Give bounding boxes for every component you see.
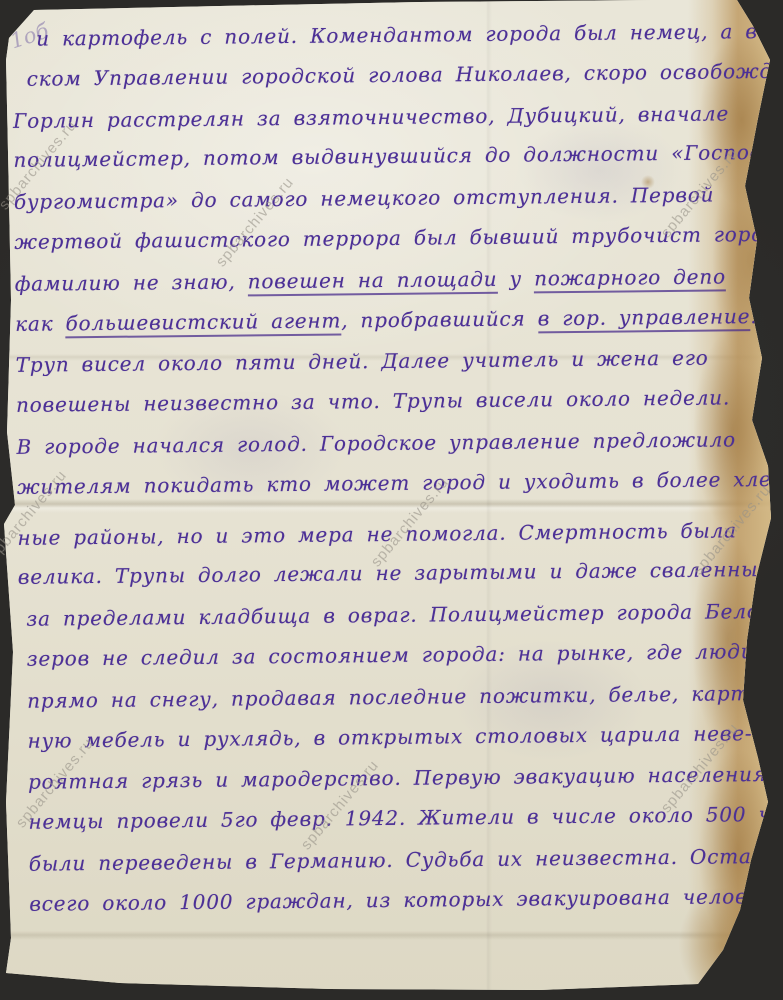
handwritten-line: прямо на снегу, продавая последние пожит… (7, 673, 783, 722)
text-segment: прямо на снегу, продавая последние пожит… (27, 680, 783, 713)
handwritten-line: В городе начался голод. Городское управл… (4, 419, 783, 468)
text-segment: всего около 1000 граждан, из которых эва… (29, 884, 773, 916)
text-segment: фамилию не знаю, (15, 269, 248, 295)
text-segment: В городе начался голод. Городское управл… (16, 427, 736, 459)
text-segment: Труп висел около пяти дней. Далее учител… (16, 346, 709, 377)
scanned-page: 1об и картофель с полей. Комендантом гор… (0, 0, 783, 1000)
handwritten-line: и картофель с полей. Комендантом города … (0, 11, 783, 60)
underlined-phrase: в гор. управление (538, 304, 751, 333)
handwritten-line: фамилию не знаю, повешен на площади у по… (3, 256, 783, 305)
text-segment: жертвой фашистского террора был бывший т… (14, 222, 783, 254)
handwritten-line: бургомистра» до самого немецкого отступл… (2, 174, 783, 223)
text-segment: немцы провели 5го февр. 1942. Жители в ч… (28, 801, 783, 834)
text-segment: Горлин расстрелян за взяточничество, Дуб… (13, 101, 729, 132)
text-segment: ные районы, но и это мера не помогла. См… (17, 518, 737, 550)
text-segment: зеров не следил за состоянием города: на… (27, 638, 783, 671)
text-segment: велика. Трупы долго лежали не зарытыми и… (18, 557, 783, 589)
text-segment: . (750, 304, 757, 328)
underlined-phrase: пожарного депо (534, 264, 726, 293)
paper-sheet: 1об и картофель с полей. Комендантом гор… (0, 0, 783, 1000)
underlined-phrase: повешен на площади (248, 267, 498, 297)
text-segment: жителям покидать кто может город и уходи… (17, 466, 783, 498)
handwritten-line: ные районы, но и это мера не помогла. См… (5, 509, 783, 558)
text-segment: и картофель с полей. Комендантом города … (36, 18, 783, 50)
text-segment: у (497, 266, 534, 290)
underlined-phrase: большевистский агент (65, 308, 341, 338)
handwritten-line: Горлин расстрелян за взяточничество, Дуб… (1, 92, 783, 141)
text-segment: за пределами кладбища в овраг. Полицмейс… (26, 599, 767, 631)
handwriting-text: и картофель с полей. Комендантом города … (0, 10, 783, 925)
text-segment: , пробравшийся (341, 306, 538, 332)
text-segment: ную мебель и рухлядь, в открытых столовы… (27, 721, 752, 753)
text-segment: повешены неизвестно за что. Трупы висели… (16, 386, 730, 417)
text-segment: были переведены в Германию. Судьба их не… (29, 844, 783, 876)
handwritten-line: были переведены в Германию. Судьба их не… (9, 836, 783, 885)
handwritten-line: Труп висел около пяти дней. Далее учител… (3, 337, 783, 386)
text-segment: полицмейстер, потом выдвинувшийся до дол… (13, 140, 783, 172)
text-segment: ском Управлении городской голова Николае… (27, 58, 783, 91)
text-segment: роятная грязь и мародерство. Первую эвак… (28, 762, 767, 794)
handwritten-line: за пределами кладбища в овраг. Полицмейс… (6, 591, 783, 640)
text-segment: как (15, 311, 66, 336)
handwritten-line: роятная грязь и мародерство. Первую эвак… (8, 754, 783, 803)
text-segment: бургомистра» до самого немецкого отступл… (14, 183, 715, 214)
